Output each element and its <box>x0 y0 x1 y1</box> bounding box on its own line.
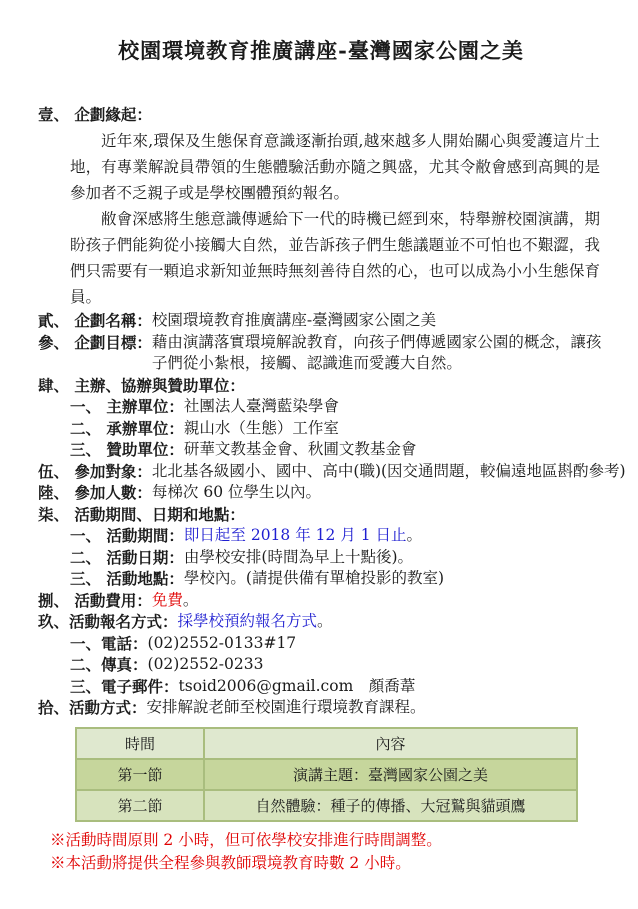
remark-teacher-hours: ※本活動將提供全程參與教師環境教育時數 2 小時。 <box>50 852 604 875</box>
schedule-period-row: 一、 活動期間： 即日起至 2018 年 12 月 1 日止。 <box>70 525 604 547</box>
section-name-content: 校園環境教育推廣講座-臺灣國家公園之美 <box>152 310 604 332</box>
schedule-date-label: 二、 活動日期： <box>70 547 184 569</box>
section-capacity-content: 每梯次 60 位學生以內。 <box>152 482 604 504</box>
organizer-host-label: 一、 主辦單位： <box>70 396 184 418</box>
table-row: 第二節 自然體驗：種子的傳播、大冠鷲與貓頭鷹 <box>76 790 577 821</box>
session-table-header-content: 內容 <box>204 728 577 759</box>
section-organizers-label: 肆、 主辦、協辦與贊助單位： <box>38 375 245 397</box>
document-title: 校園環境教育推廣講座-臺灣國家公園之美 <box>38 36 604 66</box>
section-goal: 參、 企劃目標： 藉由演講落實環境解說教育，向孩子們傳遞國家公園的概念，讓孩子們… <box>38 332 604 375</box>
section-origin-label: 壹、 企劃緣起： <box>38 102 152 128</box>
section-name-label: 貳、 企劃名稱： <box>38 310 152 332</box>
section-schedule: 柒、 活動期間、日期和地點： <box>38 504 604 526</box>
section-fee-content: 免費。 <box>152 590 604 612</box>
contact-email-address: tsoid2006@gmail.com 顏喬葦 <box>179 676 604 698</box>
contact-phone-row: 一、電話： (02)2552-0133#17 <box>70 633 604 655</box>
organizer-undertaker-content: 親山水（生態）工作室 <box>184 418 604 440</box>
session-table-header-time: 時間 <box>76 728 204 759</box>
schedule-location-content: 學校內。(請提供備有單槍投影的教室) <box>184 568 604 590</box>
schedule-period-highlight: 即日起至 2018 年 12 月 1 日止 <box>184 526 407 544</box>
document-page: 校園環境教育推廣講座-臺灣國家公園之美 壹、 企劃緣起： 近年來,環保及生態保育… <box>0 0 638 909</box>
organizer-sponsor-content: 研華文教基金會、秋圃文教基金會 <box>184 439 604 461</box>
section-registration-content: 採學校預約報名方式。 <box>178 611 604 633</box>
section-audience: 伍、 參加對象： 北北基各級國小、國中、高中(職)(因交通問題，較偏遠地區斟酌參… <box>38 461 604 483</box>
table-row: 第一節 演講主題：臺灣國家公園之美 <box>76 759 577 790</box>
session-2-content: 自然體驗：種子的傳播、大冠鷲與貓頭鷹 <box>204 790 577 821</box>
organizer-undertaker-label: 二、 承辦單位： <box>70 418 184 440</box>
session-table: 時間 內容 第一節 演講主題：臺灣國家公園之美 第二節 自然體驗：種子的傳播、大… <box>75 727 578 822</box>
section-registration-label: 玖、活動報名方式： <box>38 611 178 633</box>
section-format-content: 安排解說老師至校園進行環境教育課程。 <box>147 697 604 719</box>
schedule-period-label: 一、 活動期間： <box>70 525 184 547</box>
section-format: 拾、活動方式： 安排解說老師至校園進行環境教育課程。 <box>38 697 604 719</box>
schedule-period-suffix: 。 <box>407 526 423 544</box>
organizer-host-content: 社團法人臺灣藍染學會 <box>184 396 604 418</box>
section-name: 貳、 企劃名稱： 校園環境教育推廣講座-臺灣國家公園之美 <box>38 310 604 332</box>
origin-paragraph-2: 敝會深感將生態意識傳遞給下一代的時機已經到來，特舉辦校園演講，期盼孩子們能夠從小… <box>70 206 600 310</box>
section-audience-label: 伍、 參加對象： <box>38 461 152 483</box>
section-goal-content: 藉由演講落實環境解說教育，向孩子們傳遞國家公園的概念，讓孩子們從小紮根，接觸、認… <box>152 332 604 375</box>
schedule-location-label: 三、 活動地點： <box>70 568 184 590</box>
organizer-sponsor-row: 三、 贊助單位： 研華文教基金會、秋圃文教基金會 <box>70 439 604 461</box>
schedule-period-content: 即日起至 2018 年 12 月 1 日止。 <box>184 525 604 547</box>
section-organizers: 肆、 主辦、協辦與贊助單位： <box>38 375 604 397</box>
contact-phone-number: (02)2552-0133#17 <box>148 633 604 655</box>
fee-suffix: 。 <box>183 591 199 609</box>
section-capacity-label: 陸、 參加人數： <box>38 482 152 504</box>
session-1-content: 演講主題：臺灣國家公園之美 <box>204 759 577 790</box>
section-schedule-label: 柒、 活動期間、日期和地點： <box>38 504 245 526</box>
remark-duration: ※活動時間原則 2 小時，但可依學校安排進行時間調整。 <box>50 829 604 852</box>
section-capacity: 陸、 參加人數： 每梯次 60 位學生以內。 <box>38 482 604 504</box>
session-1-time: 第一節 <box>76 759 204 790</box>
contact-phone-label: 一、電話： <box>70 633 148 655</box>
section-format-label: 拾、活動方式： <box>38 697 147 719</box>
section-goal-label: 參、 企劃目標： <box>38 332 152 375</box>
contact-fax-label: 二、傳真： <box>70 654 148 676</box>
session-2-time: 第二節 <box>76 790 204 821</box>
contact-fax-row: 二、傳真： (02)2552-0233 <box>70 654 604 676</box>
contact-email-label: 三、電子郵件： <box>70 676 179 698</box>
registration-suffix: 。 <box>317 612 333 630</box>
contact-email-row: 三、電子郵件： tsoid2006@gmail.com 顏喬葦 <box>70 676 604 698</box>
remarks: ※活動時間原則 2 小時，但可依學校安排進行時間調整。 ※本活動將提供全程參與教… <box>50 829 604 875</box>
origin-paragraph-1: 近年來,環保及生態保育意識逐漸抬頭,越來越多人開始關心與愛護這片土地，有專業解說… <box>70 128 600 206</box>
organizer-undertaker-row: 二、 承辦單位： 親山水（生態）工作室 <box>70 418 604 440</box>
section-fee: 捌、 活動費用： 免費。 <box>38 590 604 612</box>
schedule-date-row: 二、 活動日期： 由學校安排(時間為早上十點後)。 <box>70 547 604 569</box>
section-audience-content: 北北基各級國小、國中、高中(職)(因交通問題，較偏遠地區斟酌參考) <box>152 461 626 483</box>
organizer-sponsor-label: 三、 贊助單位： <box>70 439 184 461</box>
organizer-host-row: 一、 主辦單位： 社團法人臺灣藍染學會 <box>70 396 604 418</box>
section-origin: 壹、 企劃緣起： <box>38 102 604 128</box>
section-registration: 玖、活動報名方式： 採學校預約報名方式。 <box>38 611 604 633</box>
session-table-header-row: 時間 內容 <box>76 728 577 759</box>
fee-free-highlight: 免費 <box>152 591 183 609</box>
registration-method-highlight: 採學校預約報名方式 <box>178 612 318 630</box>
document-content: 校園環境教育推廣講座-臺灣國家公園之美 壹、 企劃緣起： 近年來,環保及生態保育… <box>0 0 638 875</box>
section-fee-label: 捌、 活動費用： <box>38 590 152 612</box>
contact-fax-number: (02)2552-0233 <box>148 654 604 676</box>
schedule-date-content: 由學校安排(時間為早上十點後)。 <box>184 547 604 569</box>
schedule-location-row: 三、 活動地點： 學校內。(請提供備有單槍投影的教室) <box>70 568 604 590</box>
